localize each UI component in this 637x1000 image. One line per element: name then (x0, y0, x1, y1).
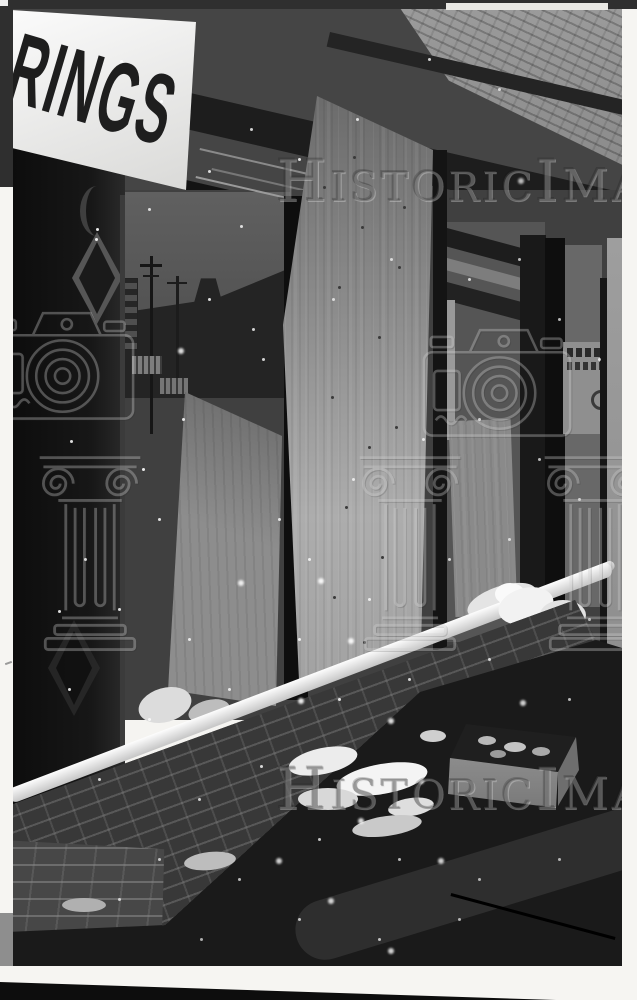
photo-border-top-sliver (446, 3, 608, 10)
inner-plywood-sheet (168, 392, 282, 708)
watermark-letter: H (276, 152, 331, 210)
reversed-sign-reflection-2 (160, 378, 188, 394)
photograph: RINGS (0, 0, 637, 1000)
utility-pole-reflection (150, 256, 153, 434)
box-debris (504, 742, 526, 752)
box-debris (478, 736, 496, 745)
scan-edge-left-bottom (0, 913, 13, 968)
camera-icon (0, 300, 145, 430)
photo-border-left (0, 187, 13, 913)
watermark-text-bottom: HISTORICIMA (276, 760, 637, 818)
ionic-column-icon (350, 452, 470, 657)
corner-nick (0, 0, 8, 6)
photo-border-right (622, 10, 637, 1000)
pole-crossarm (140, 264, 162, 267)
watermark-letter: H (276, 760, 331, 818)
watermark-letter: I (535, 760, 562, 818)
pillar-carving (80, 186, 114, 236)
store-sign-text: RINGS (0, 18, 187, 162)
watermark-letter: I (535, 152, 562, 210)
box-debris (490, 750, 506, 758)
watermark-letters: ISTORIC (331, 167, 536, 208)
snow-patch (420, 730, 446, 742)
scan-edge-left-top (0, 9, 13, 187)
pole-crossarm-3 (167, 282, 187, 284)
pole-crossarm-2 (143, 275, 159, 277)
snow-patch (62, 898, 106, 912)
watermark-text-top: HISTORICIMA (276, 152, 637, 210)
utility-pole-reflection-2 (176, 276, 179, 392)
camera-icon (412, 317, 582, 447)
ionic-column-icon (30, 452, 150, 657)
sidewalk-crack (451, 893, 616, 940)
scanned-photo: RINGS (0, 0, 637, 1000)
watermark-letters: ISTORIC (331, 775, 536, 816)
